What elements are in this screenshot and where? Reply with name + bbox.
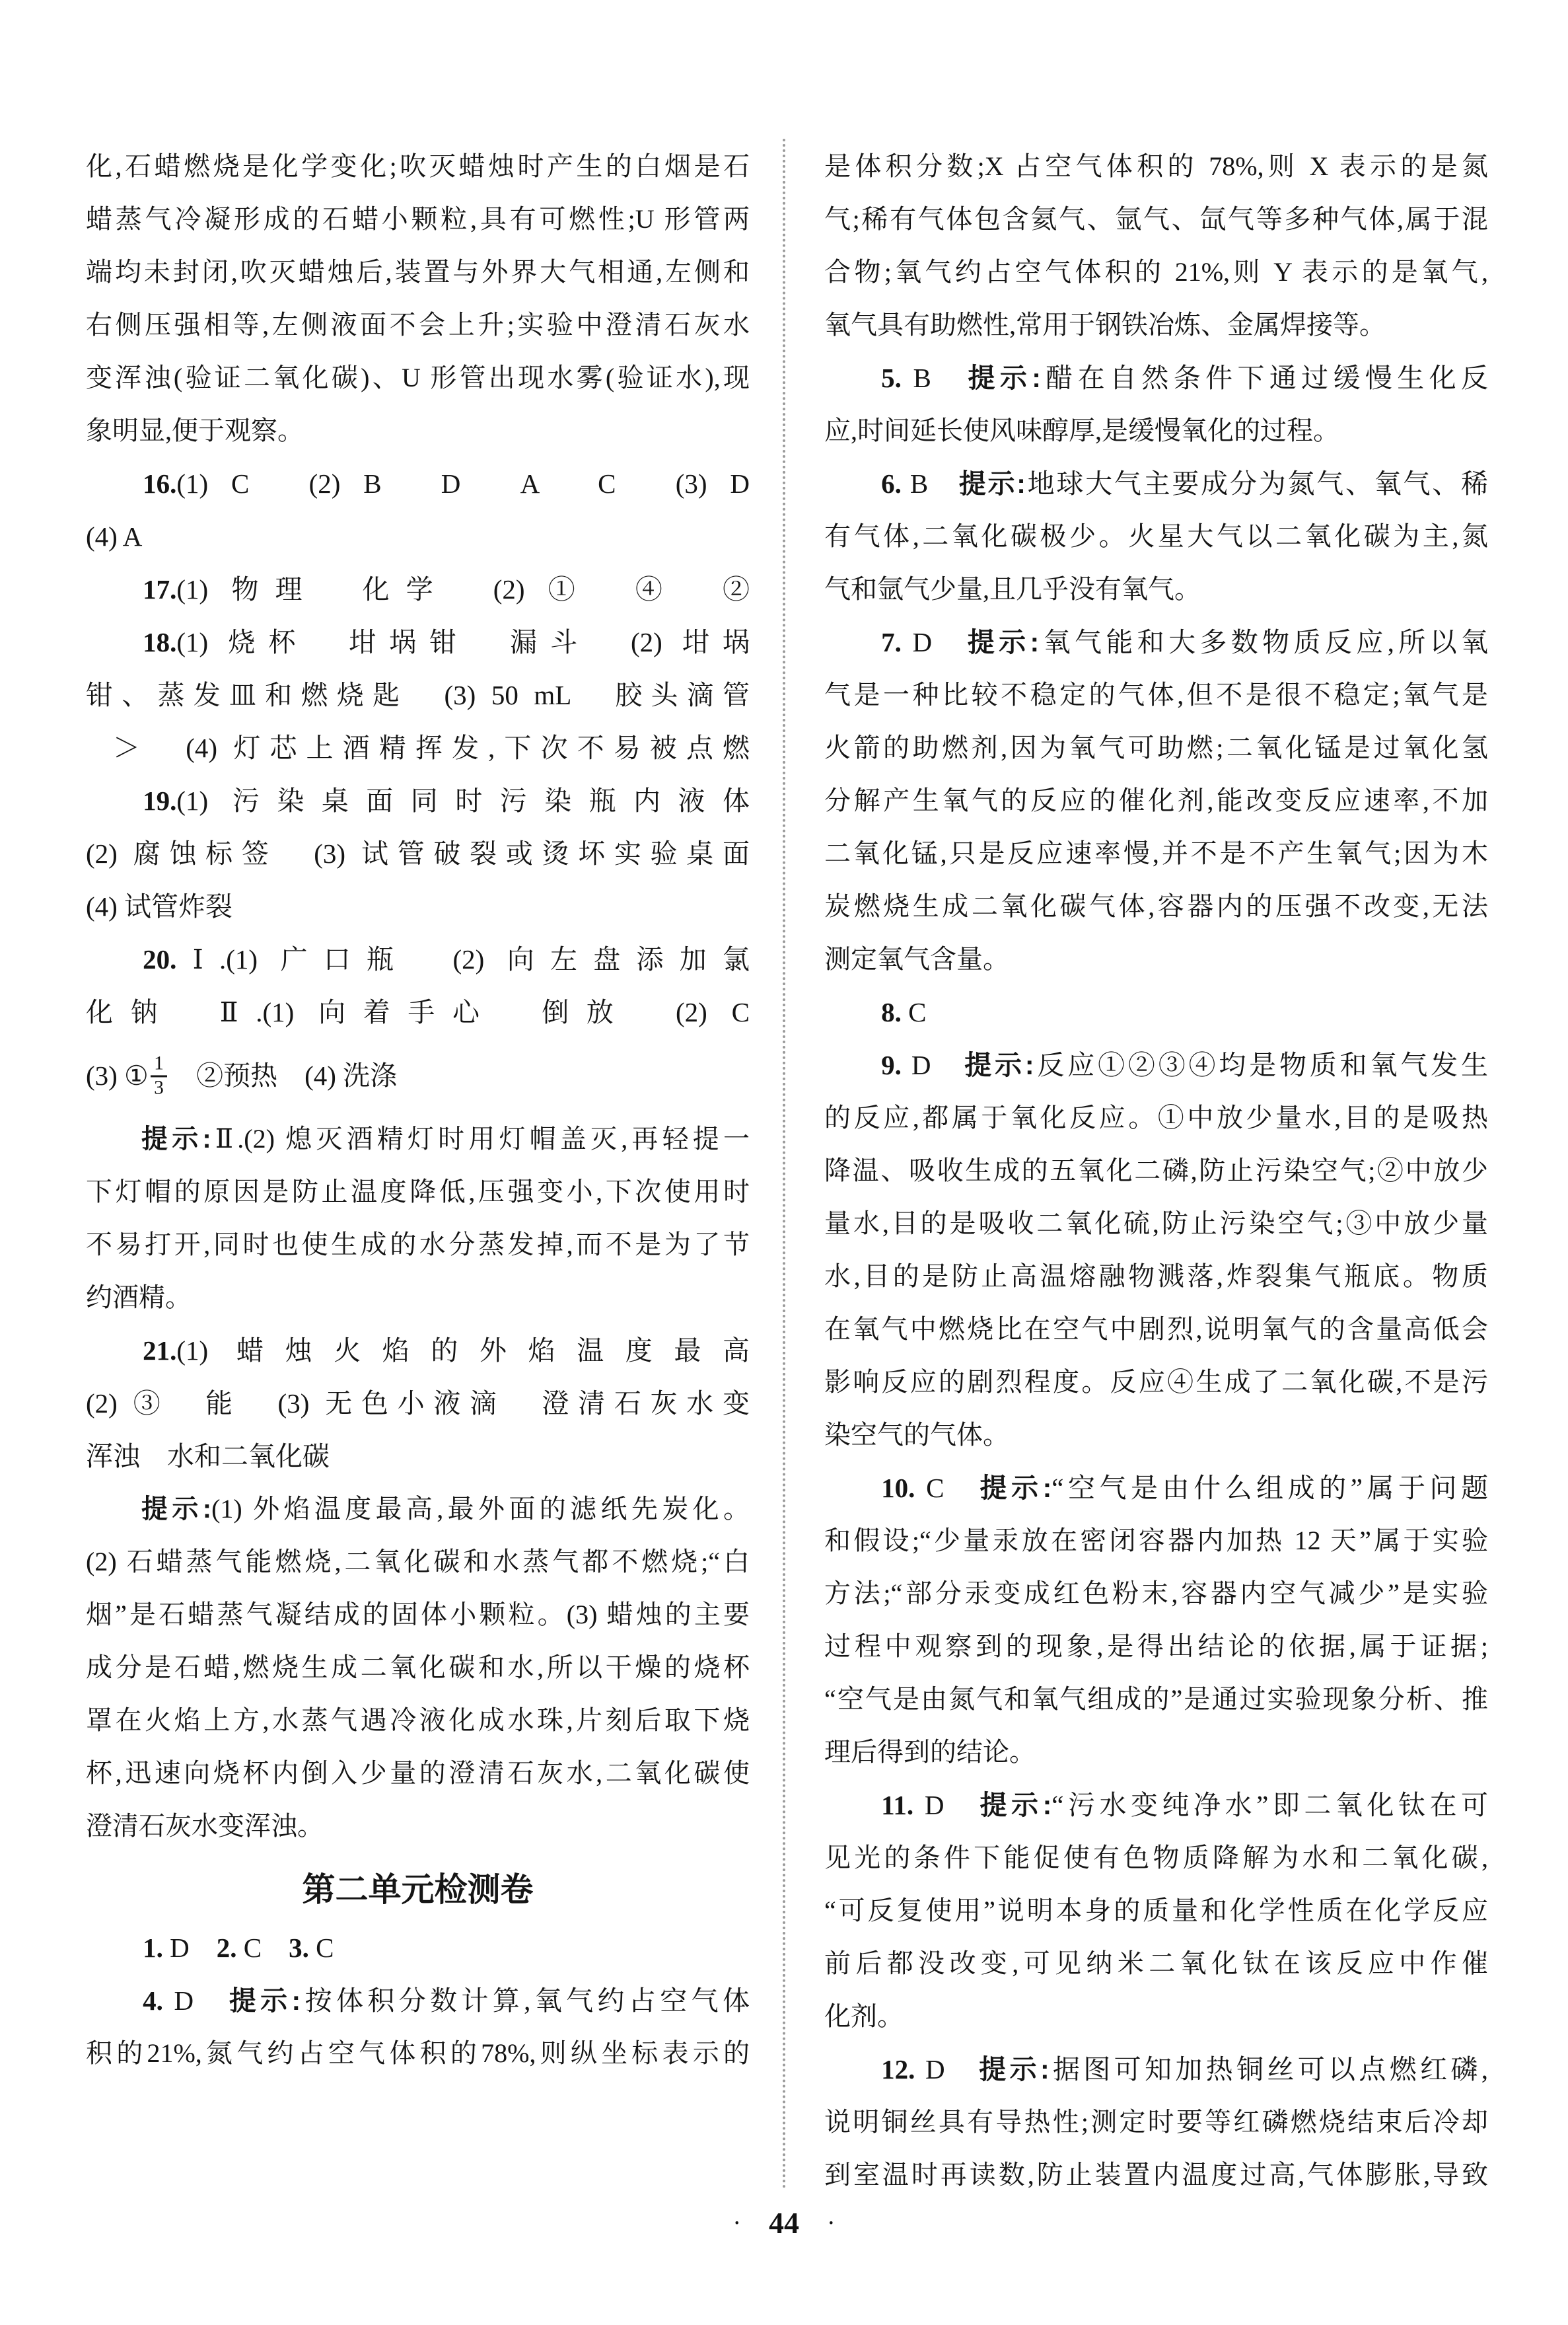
page-footer: · 44 · bbox=[0, 2205, 1568, 2240]
text-line: “可反复使用”说明本身的质量和化学性质在化学反应 bbox=[824, 1884, 1488, 1937]
text-line: 和假设;“少量汞放在密闭容器内加热 12 天”属于实验 bbox=[824, 1514, 1488, 1567]
text-line: 蜡蒸气冷凝形成的石蜡小颗粒,具有可燃性;U 形管两 bbox=[86, 193, 750, 246]
text-line: 烟”是石蜡蒸气凝结成的固体小颗粒。(3) 蜡烛的主要 bbox=[86, 1588, 750, 1641]
text-line: 21.(1) 蜡烛火焰的外焰温度最高 bbox=[86, 1324, 750, 1377]
footer-dot-left: · bbox=[732, 2209, 741, 2238]
text-line: 6. B 提示:地球大气主要成分为氮气、氧气、稀 bbox=[824, 457, 1488, 510]
text-line: 成分是石蜡,燃烧生成二氧化碳和水,所以干燥的烧杯 bbox=[86, 1641, 750, 1694]
text-line: 积的21%,氮气约占空气体积的78%,则纵坐标表示的 bbox=[86, 2027, 750, 2080]
text-line: 象明显,便于观察。 bbox=[86, 404, 750, 457]
text-line: 合物;氧气约占空气体积的 21%,则 Y 表示的是氧气, bbox=[824, 246, 1488, 299]
text-line: 杯,迅速向烧杯内倒入少量的澄清石灰水,二氧化碳使 bbox=[86, 1747, 750, 1800]
text-line: 过程中观察到的现象,是得出结论的依据,属于证据; bbox=[824, 1620, 1488, 1673]
text-line: 9. D 提示:反应①②③④均是物质和氧气发生 bbox=[824, 1039, 1488, 1091]
text-line: 化,石蜡燃烧是化学变化;吹灭蜡烛时产生的白烟是石 bbox=[86, 140, 750, 193]
text-line: 氧气具有助燃性,常用于钢铁冶炼、金属焊接等。 bbox=[824, 299, 1488, 351]
text-line: 4. D 提示:按体积分数计算,氧气约占空气体 bbox=[86, 1974, 750, 2027]
text-line: 化剂。 bbox=[824, 1990, 1488, 2043]
text-line: 应,时间延长使风味醇厚,是缓慢氧化的过程。 bbox=[824, 404, 1488, 457]
text-line: 气和氩气少量,且几乎没有氧气。 bbox=[824, 563, 1488, 616]
text-line: 到室温时再读数,防止装置内温度过高,气体膨胀,导致 bbox=[824, 2149, 1488, 2201]
text-line: 钳、蒸发皿和燃烧匙 (3) 50 mL 胶头滴管 bbox=[86, 669, 750, 721]
text-line: 降温、吸收生成的五氧化二磷,防止污染空气;②中放少 bbox=[824, 1144, 1488, 1197]
text-line: 澄清石灰水变浑浊。 bbox=[86, 1800, 750, 1853]
text-line: 5. B 提示:醋在自然条件下通过缓慢生化反 bbox=[824, 351, 1488, 404]
text-line: 17.(1) 物理 化学 (2) ① ④ ② bbox=[86, 563, 750, 616]
text-line: 的反应,都属于氧化反应。①中放少量水,目的是吸热 bbox=[824, 1091, 1488, 1144]
text-line: 7. D 提示:氧气能和大多数物质反应,所以氧 bbox=[824, 616, 1488, 669]
text-line: 水,目的是防止高温熔融物溅落,炸裂集气瓶底。物质 bbox=[824, 1250, 1488, 1303]
text-line: 16.(1) C (2) B D A C (3) D bbox=[86, 457, 750, 510]
text-line: (2) ③ 能 (3) 无色小液滴 澄清石灰水变 bbox=[86, 1377, 750, 1430]
text-line: (4) 试管炸裂 bbox=[86, 880, 750, 933]
text-line: 20.Ⅰ.(1) 广口瓶 (2) 向左盘添加氯 bbox=[86, 933, 750, 986]
text-line: (2) 石蜡蒸气能燃烧,二氧化碳和水蒸气都不燃烧;“白 bbox=[86, 1535, 750, 1588]
right-column: 是体积分数;X 占空气体积的 78%,则 X 表示的是氮气;稀有气体包含氦气、氩… bbox=[824, 140, 1488, 2201]
text-line: 化钠 Ⅱ.(1) 向着手心 倒放 (2) C bbox=[86, 986, 750, 1039]
text-line: 12. D 提示:据图可知加热铜丝可以点燃红磷, bbox=[824, 2043, 1488, 2096]
text-line: 端均未封闭,吹灭蜡烛后,装置与外界大气相通,左侧和 bbox=[86, 246, 750, 299]
text-line: 浑浊 水和二氧化碳 bbox=[86, 1430, 750, 1483]
text-line: 是体积分数;X 占空气体积的 78%,则 X 表示的是氮 bbox=[824, 140, 1488, 193]
text-line: (4) A bbox=[86, 510, 750, 563]
text-line: 气;稀有气体包含氦气、氩气、氙气等多种气体,属于混 bbox=[824, 193, 1488, 246]
left-column: 化,石蜡燃烧是化学变化;吹灭蜡烛时产生的白烟是石蜡蒸气冷凝形成的石蜡小颗粒,具有… bbox=[86, 140, 750, 2080]
text-line: 有气体,二氧化碳极少。火星大气以二氧化碳为主,氮 bbox=[824, 510, 1488, 563]
text-line: 二氧化锰,只是反应速率慢,并不是不产生氧气;因为木 bbox=[824, 827, 1488, 880]
footer-dot-right: · bbox=[827, 2209, 836, 2238]
page-number: 44 bbox=[769, 2205, 799, 2240]
text-line: 提示:Ⅱ.(2) 熄灭酒精灯时用灯帽盖灭,再轻提一 bbox=[86, 1113, 750, 1165]
text-line: 18.(1) 烧杯 坩埚钳 漏斗 (2) 坩埚 bbox=[86, 616, 750, 669]
text-line: 分解产生氧气的反应的催化剂,能改变反应速率,不加 bbox=[824, 774, 1488, 827]
text-line: ＞ (4) 灯芯上酒精挥发,下次不易被点燃 bbox=[86, 721, 750, 774]
text-line: 影响反应的剧烈程度。反应④生成了二氧化碳,不是污 bbox=[824, 1356, 1488, 1409]
text-line: 下灯帽的原因是防止温度降低,压强变小,下次使用时 bbox=[86, 1165, 750, 1218]
text-line: 测定氧气含量。 bbox=[824, 933, 1488, 986]
text-line: 1. D 2. C 3. C bbox=[86, 1921, 750, 1974]
text-line: 染空气的气体。 bbox=[824, 1409, 1488, 1461]
text-line: 变浑浊(验证二氧化碳)、U 形管出现水雾(验证水),现 bbox=[86, 351, 750, 404]
text-line: (3) ①13 ②预热 (4) 洗涤 bbox=[86, 1039, 750, 1113]
text-line: “空气是由氮气和氧气组成的”是通过实验现象分析、推 bbox=[824, 1673, 1488, 1726]
text-line: 10. C 提示:“空气是由什么组成的”属于问题 bbox=[824, 1461, 1488, 1514]
text-line: 气是一种比较不稳定的气体,但不是很不稳定;氧气是 bbox=[824, 669, 1488, 721]
text-line: 19.(1) 污染桌面同时污染瓶内液体 bbox=[86, 774, 750, 827]
text-line: 前后都没改变,可见纳米二氧化钛在该反应中作催 bbox=[824, 1937, 1488, 1990]
text-line: 罩在火焰上方,水蒸气遇冷液化成水珠,片刻后取下烧 bbox=[86, 1694, 750, 1747]
text-line: 提示:(1) 外焰温度最高,最外面的滤纸先炭化。 bbox=[86, 1483, 750, 1535]
text-line: 说明铜丝具有导热性;测定时要等红磷燃烧结束后冷却 bbox=[824, 2096, 1488, 2149]
column-divider bbox=[783, 139, 785, 2190]
text-line: 炭燃烧生成二氧化碳气体,容器内的压强不改变,无法 bbox=[824, 880, 1488, 933]
text-line: 约酒精。 bbox=[86, 1271, 750, 1324]
text-line: 理后得到的结论。 bbox=[824, 1726, 1488, 1779]
text-line: 11. D 提示:“污水变纯净水”即二氧化钛在可 bbox=[824, 1779, 1488, 1831]
text-line: 量水,目的是吸收二氧化硫,防止污染空气;③中放少量 bbox=[824, 1197, 1488, 1250]
text-line: 见光的条件下能促使有色物质降解为水和二氧化碳, bbox=[824, 1831, 1488, 1884]
text-line: 右侧压强相等,左侧液面不会上升;实验中澄清石灰水 bbox=[86, 299, 750, 351]
text-line: 不易打开,同时也使生成的水分蒸发掉,而不是为了节 bbox=[86, 1218, 750, 1271]
text-line: 方法;“部分汞变成红色粉末,容器内空气减少”是实验 bbox=[824, 1567, 1488, 1620]
section-heading: 第二单元检测卷 bbox=[86, 1863, 750, 1916]
text-line: 8. C bbox=[824, 986, 1488, 1039]
text-line: 在氧气中燃烧比在空气中剧烈,说明氧气的含量高低会 bbox=[824, 1303, 1488, 1356]
answer-key-page: 化,石蜡燃烧是化学变化;吹灭蜡烛时产生的白烟是石蜡蒸气冷凝形成的石蜡小颗粒,具有… bbox=[0, 0, 1568, 2325]
text-line: (2) 腐蚀标签 (3) 试管破裂或烫坏实验桌面 bbox=[86, 827, 750, 880]
text-line: 火箭的助燃剂,因为氧气可助燃;二氧化锰是过氧化氢 bbox=[824, 721, 1488, 774]
